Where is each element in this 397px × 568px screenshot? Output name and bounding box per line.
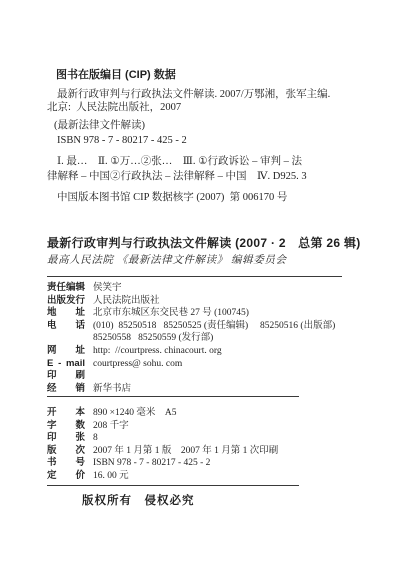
row-value: 侯笑宇: [93, 282, 122, 295]
cip-series-note: (最新法律文件解读): [54, 119, 145, 133]
table-row: 印刷: [47, 370, 387, 383]
table-row: 字数 208 千字: [47, 420, 387, 433]
table-row: 地址 北京市东城区东交民巷 27 号 (100745): [47, 307, 387, 320]
row-label: 电话: [47, 320, 85, 333]
cip-heading: 图书在版编目 (CIP) 数据: [56, 68, 176, 82]
cip-description-line1: 最新行政审判与行政执法文件解读. 2007/万鄂湘，张军主编.: [57, 88, 330, 102]
table-row: E - mail courtpress@ sohu. com: [47, 358, 387, 371]
row-value: http: //courtpress. chinacourt. org: [93, 345, 222, 358]
row-value: 890 ×1240 毫米 A5: [93, 407, 176, 420]
row-label: 责任编辑: [47, 282, 85, 295]
table-row: 版次 2007 年 1 月第 1 版 2007 年 1 月第 1 次印刷: [47, 445, 387, 458]
table-row: 印张 8: [47, 432, 387, 445]
row-value: 新华书店: [93, 383, 131, 396]
cip-record-number: 中国版本图书馆 CIP 数据核字 (2007) 第 006170 号: [57, 191, 287, 205]
row-value: 2007 年 1 月第 1 版 2007 年 1 月第 1 次印刷: [93, 445, 278, 458]
row-label: 定价: [47, 470, 85, 483]
row-label: 印刷: [47, 370, 85, 383]
copyright-notice: 版权所有 侵权必究: [82, 494, 195, 508]
row-value: 208 千字: [93, 420, 129, 433]
table-row: 电话 (010) 85250518 85250525 (责任编辑) 852505…: [47, 320, 387, 345]
row-value: ISBN 978 - 7 - 80217 - 425 - 2: [93, 457, 210, 470]
publisher-info-table: 责任编辑 侯笑宇 出版发行 人民法院出版社 地址 北京市东城区东交民巷 27 号…: [47, 282, 387, 395]
row-label: 字数: [47, 420, 85, 433]
table-row: 开本 890 ×1240 毫米 A5: [47, 407, 387, 420]
row-value: courtpress@ sohu. com: [93, 358, 182, 371]
divider-middle: [47, 396, 299, 397]
row-label: 开本: [47, 407, 85, 420]
row-label: 经销: [47, 383, 85, 396]
row-label: 版次: [47, 445, 85, 458]
editorial-committee: 最高人民法院 《最新法律文件解读》 编辑委员会: [47, 254, 287, 268]
row-value: 北京市东城区东交民巷 27 号 (100745): [93, 307, 249, 320]
row-value: 人民法院出版社: [93, 295, 160, 308]
print-spec-table: 开本 890 ×1240 毫米 A5 字数 208 千字 印张 8 版次 200…: [47, 407, 387, 483]
row-value: 8: [93, 432, 98, 445]
table-row: 定价 16. 00 元: [47, 470, 387, 483]
row-value: 16. 00 元: [93, 470, 129, 483]
table-row: 书号 ISBN 978 - 7 - 80217 - 425 - 2: [47, 457, 387, 470]
row-label: 印张: [47, 432, 85, 445]
table-row: 责任编辑 侯笑宇: [47, 282, 387, 295]
book-copyright-page: { "cip": { "heading": "图书在版编目 (CIP) 数据",…: [0, 0, 397, 568]
book-title: 最新行政审判与行政执法文件解读 (2007 · 2 总第 26 辑): [47, 236, 361, 250]
divider-top: [47, 276, 342, 277]
row-label: 网址: [47, 345, 85, 358]
table-row: 出版发行 人民法院出版社: [47, 295, 387, 308]
cip-classification-line2: 律解释 – 中国②行政执法 – 法律解释 – 中国 Ⅳ. D925. 3: [47, 170, 307, 184]
divider-bottom: [47, 485, 299, 486]
row-label: E - mail: [47, 358, 85, 371]
cip-description-line2: 北京: 人民法院出版社，2007: [47, 101, 181, 115]
row-value: (010) 85250518 85250525 (责任编辑) 85250516 …: [93, 320, 335, 345]
cip-classification-line1: Ⅰ. 最… Ⅱ. ①万…②张… Ⅲ. ①行政诉讼 – 审判 – 法: [57, 155, 302, 169]
table-row: 网址 http: //courtpress. chinacourt. org: [47, 345, 387, 358]
row-label: 书号: [47, 457, 85, 470]
row-label: 出版发行: [47, 295, 85, 308]
cip-isbn: ISBN 978 - 7 - 80217 - 425 - 2: [57, 134, 187, 148]
row-label: 地址: [47, 307, 85, 320]
table-row: 经销 新华书店: [47, 383, 387, 396]
